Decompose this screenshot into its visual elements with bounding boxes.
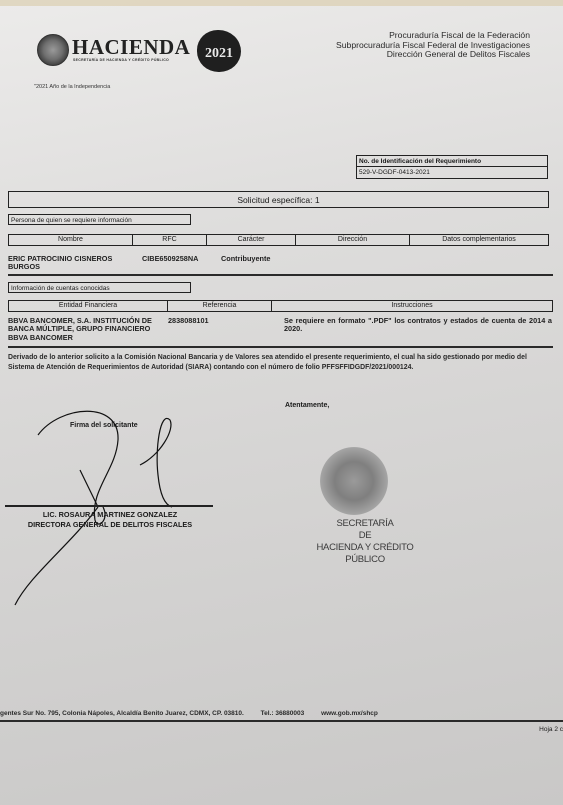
official-seal-stamp-icon [320, 447, 388, 515]
signer-block: LIC. ROSAURA MARTINEZ GONZALEZ DIRECTORA… [5, 510, 215, 530]
divider [8, 346, 553, 348]
account-entidad: BBVA BANCOMER, S.A. INSTITUCIÓN DE BANCA… [8, 317, 168, 342]
institution-block: Procuraduría Fiscal de la Federación Sub… [336, 31, 530, 60]
requirement-id-value: 529-V-DGDF-0413-2021 [357, 167, 547, 178]
closing: Atentamente, [285, 402, 329, 409]
page-edge [0, 0, 563, 6]
accounts-table-header: Entidad Financiera Referencia Instruccio… [8, 300, 553, 312]
anniversary-2021-logo: 2021 [197, 30, 241, 72]
page-number: Hoja 2 c [539, 726, 563, 733]
stamp-line: DE [300, 530, 430, 542]
signer-title: DIRECTORA GENERAL DE DELITOS FISCALES [5, 520, 215, 530]
person-rfc: CIBE6509258NA [142, 255, 198, 263]
col-nombre: Nombre [9, 235, 133, 245]
col-entidad: Entidad Financiera [9, 301, 168, 311]
signature-line [5, 505, 213, 507]
divider [8, 274, 553, 276]
col-datos: Datos complementarios [410, 235, 548, 245]
col-caracter: Carácter [207, 235, 296, 245]
request-title: Solicitud específica: 1 [8, 191, 549, 208]
account-referencia: 2838088101 [168, 317, 209, 325]
requirement-id-label: No. de Identificación del Requerimiento [357, 156, 547, 167]
accounts-section-label: Información de cuentas conocidas [8, 282, 191, 293]
col-rfc: RFC [133, 235, 207, 245]
year-motto: "2021 Año de la Independencia [34, 84, 110, 90]
col-referencia: Referencia [168, 301, 272, 311]
mexico-coat-of-arms-icon [37, 34, 69, 66]
brand-subtitle: SECRETARÍA DE HACIENDA Y CRÉDITO PÚBLICO [73, 58, 169, 62]
footer-divider [0, 720, 563, 722]
col-instrucciones: Instrucciones [272, 301, 552, 311]
footer-website: www.gob.mx/shcp [321, 710, 378, 717]
footer-phone: Tel.: 36880003 [261, 710, 305, 717]
stamp-line: HACIENDA Y CRÉDITO PÚBLICO [300, 542, 430, 566]
account-instrucciones: Se requiere en formato ".PDF" los contra… [284, 317, 552, 334]
signer-name: LIC. ROSAURA MARTINEZ GONZALEZ [5, 510, 215, 520]
footer-address: gentes Sur No. 795, Colonia Nápoles, Alc… [0, 710, 244, 717]
institution-line: Dirección General de Delitos Fiscales [336, 50, 530, 60]
requirement-id-box: No. de Identificación del Requerimiento … [356, 155, 548, 179]
stamp-line: SECRETARÍA [300, 518, 430, 530]
footer: gentes Sur No. 795, Colonia Nápoles, Alc… [0, 710, 393, 717]
brand-title: HACIENDA [72, 35, 190, 60]
body-paragraph: Derivado de lo anterior solicito a la Co… [8, 353, 553, 373]
person-section-label: Persona de quien se requiere información [8, 214, 191, 225]
person-table-header: Nombre RFC Carácter Dirección Datos comp… [8, 234, 549, 246]
person-caracter: Contribuyente [221, 255, 270, 263]
stamp-text: SECRETARÍA DE HACIENDA Y CRÉDITO PÚBLICO [300, 518, 430, 566]
col-direccion: Dirección [296, 235, 410, 245]
person-nombre: ERIC PATROCINIO CISNEROS BURGOS [8, 255, 136, 272]
